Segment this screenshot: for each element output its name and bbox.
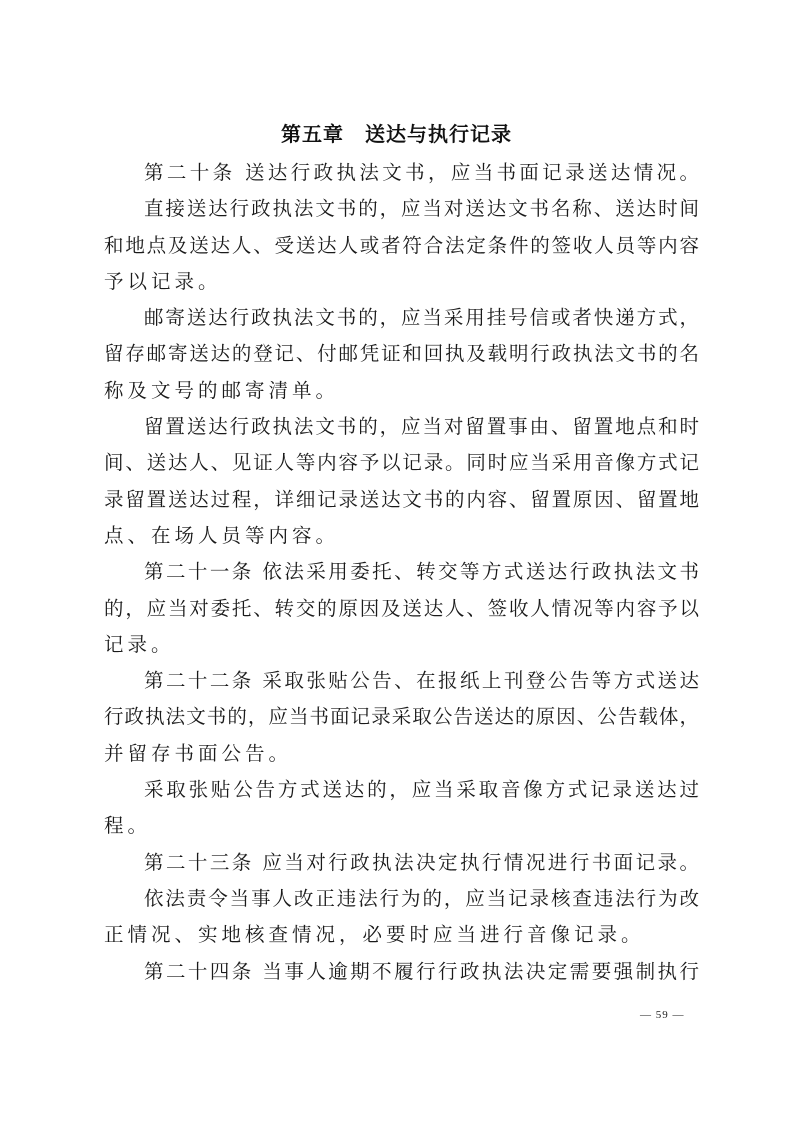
text-line: 记录。 (104, 627, 699, 663)
text-line: 点、在场人员等内容。 (104, 518, 699, 554)
text-line: 和地点及送达人、受送达人或者符合法定条件的签收人员等内容 (104, 228, 699, 264)
text-line: 予以记录。 (104, 264, 699, 300)
text-line: 正情况、实地核查情况，必要时应当进行音像记录。 (104, 917, 699, 953)
page-number: — 59 — (640, 1009, 685, 1021)
text-line: 程。 (104, 808, 699, 844)
text-line: 称及文号的邮寄清单。 (104, 373, 699, 409)
text-line: 第二十二条 采取张贴公告、在报纸上刊登公告等方式送达 (104, 663, 699, 699)
text-line: 第二十一条 依法采用委托、转交等方式送达行政执法文书 (104, 554, 699, 590)
text-line: 间、送达人、见证人等内容予以记录。同时应当采用音像方式记 (104, 445, 699, 481)
text-line: 第二十四条 当事人逾期不履行行政执法决定需要强制执行 (104, 954, 699, 990)
text-line: 的，应当对委托、转交的原因及送达人、签收人情况等内容予以 (104, 591, 699, 627)
text-line: 第二十条 送达行政执法文书，应当书面记录送达情况。 (104, 155, 699, 191)
text-line: 留置送达行政执法文书的，应当对留置事由、留置地点和时 (104, 409, 699, 445)
text-line: 采取张贴公告方式送达的，应当采取音像方式记录送达过 (104, 772, 699, 808)
text-line: 并留存书面公告。 (104, 736, 699, 772)
text-line: 录留置送达过程，详细记录送达文书的内容、留置原因、留置地 (104, 482, 699, 518)
text-line: 邮寄送达行政执法文书的，应当采用挂号信或者快递方式， (104, 300, 699, 336)
text-line: 依法责令当事人改正违法行为的，应当记录核查违法行为改 (104, 881, 699, 917)
text-line: 留存邮寄送达的登记、付邮凭证和回执及载明行政执法文书的名 (104, 336, 699, 372)
text-line: 第二十三条 应当对行政执法决定执行情况进行书面记录。 (104, 845, 699, 881)
chapter-title: 第五章 送达与执行记录 (0, 118, 793, 147)
text-line: 直接送达行政执法文书的，应当对送达文书名称、送达时间 (104, 191, 699, 227)
body-text: 第二十条 送达行政执法文书，应当书面记录送达情况。 直接送达行政执法文书的，应当… (104, 155, 699, 990)
document-page: 第五章 送达与执行记录 第二十条 送达行政执法文书，应当书面记录送达情况。 直接… (0, 0, 793, 1122)
text-line: 行政执法文书的，应当书面记录采取公告送达的原因、公告载体， (104, 699, 699, 735)
